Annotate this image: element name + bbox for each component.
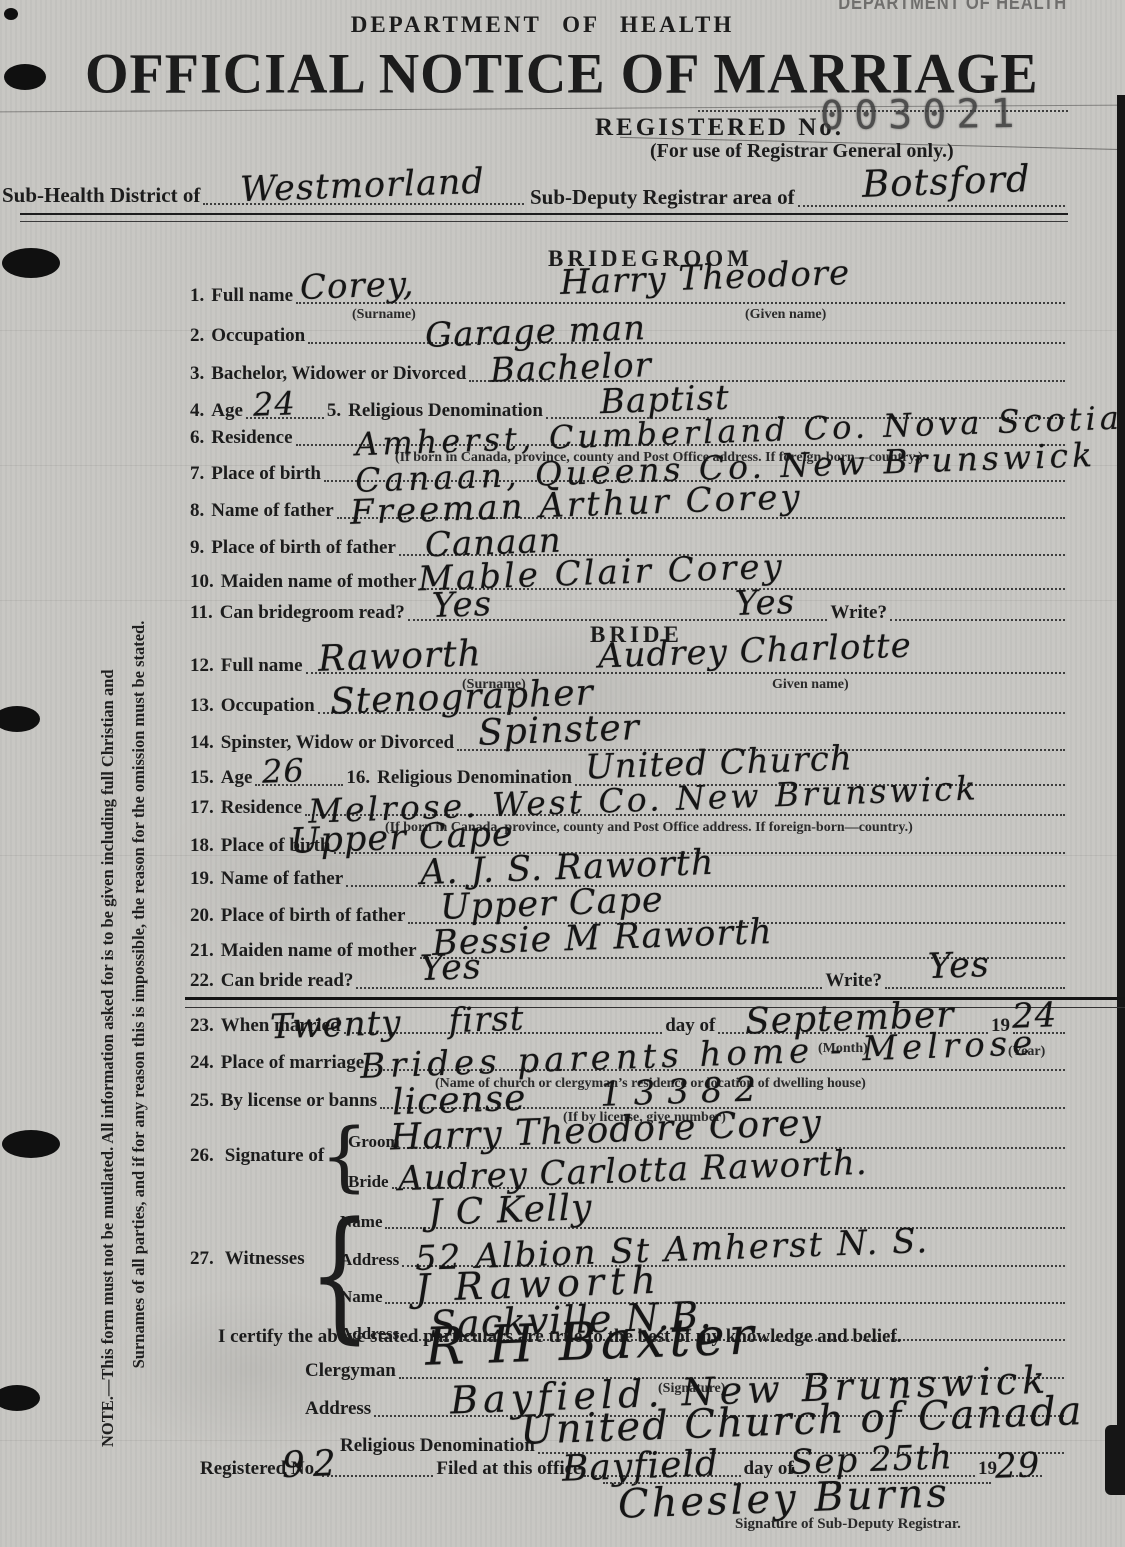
item-number: 13. <box>190 695 214 717</box>
bride-can-write-line <box>885 987 1065 989</box>
margin-note-line1: NOTE.—This form must not be mutilated. A… <box>92 542 123 1447</box>
item-number: 25. <box>190 1090 214 1112</box>
item-number: 21. <box>190 940 214 962</box>
punch-hole <box>2 248 60 278</box>
witness1-name-value: J C Kelly <box>427 1187 593 1234</box>
item-number: 23. <box>190 1015 214 1037</box>
item-number: 22. <box>190 970 214 992</box>
groom-occupation-label: Occupation <box>211 325 305 347</box>
groom-write-label: Write? <box>830 602 887 624</box>
item-number: 16. <box>346 767 370 789</box>
item-number: 19. <box>190 868 214 890</box>
sub-deputy-area-value: Botsford <box>861 157 1031 206</box>
filed-at-office-label: Filed at this office <box>436 1458 581 1480</box>
sub-health-district-label: Sub-Health District of <box>2 183 200 208</box>
item-number: 8. <box>190 500 204 522</box>
scan-edge-blob <box>1105 1425 1125 1495</box>
margin-note: NOTE.—This form must not be mutilated. A… <box>92 542 155 1447</box>
item-number: 3. <box>190 363 204 385</box>
registrar-only-note: (For use of Registrar General only.) <box>650 140 954 163</box>
bride-write-label: Write? <box>825 970 882 992</box>
item-number: 9. <box>190 537 204 559</box>
filing-year-value: 29 <box>994 1445 1041 1487</box>
bride-signature-label: Bride <box>348 1172 389 1192</box>
item-number: 7. <box>190 463 204 485</box>
bride-father-label: Name of father <box>221 868 343 890</box>
bride-status-label: Spinster, Widow or Divorced <box>221 732 454 754</box>
punch-hole <box>4 64 46 90</box>
groom-can-read-label: Can bridegroom read? <box>220 602 405 624</box>
item-number: 26. <box>190 1145 214 1166</box>
filing-registered-no-value: 92 <box>281 1443 344 1486</box>
punch-hole <box>0 1385 40 1411</box>
registered-no-label: REGISTERED No. <box>595 114 844 142</box>
margin-note-line2: Surnames of all parties, and if for any … <box>123 542 154 1447</box>
witness2-name-label: Name <box>340 1287 382 1307</box>
bride-full-name-label: Full name <box>221 655 303 677</box>
sub-deputy-area-line <box>798 205 1065 207</box>
groom-can-write-line <box>890 619 1065 621</box>
clergyman-signature-value: R H Baxter <box>424 1306 759 1378</box>
groom-can-write-value: Yes <box>734 582 795 624</box>
signature-of-label: Signature of <box>225 1145 324 1166</box>
clergyman-label: Clergyman <box>305 1360 396 1382</box>
item-number: 18. <box>190 835 214 857</box>
place-of-marriage-label: Place of marriage <box>221 1052 364 1074</box>
scan-edge-strip <box>1117 95 1125 1495</box>
item-number: 11. <box>190 602 213 624</box>
groom-occupation-line <box>308 342 1065 344</box>
witnesses-label: Witnesses <box>225 1248 305 1269</box>
license-or-banns-label: By license or banns <box>221 1090 377 1112</box>
header-double-rule <box>20 213 1068 222</box>
bride-age-label: Age <box>221 767 253 789</box>
registrar-signature-note: Signature of Sub-Deputy Registrar. <box>735 1516 961 1533</box>
item-number: 2. <box>190 325 204 347</box>
groom-residence-label: Residence <box>211 427 292 449</box>
bride-can-read-label: Can bride read? <box>221 970 354 992</box>
item-number: 15. <box>190 767 214 789</box>
bride-residence-label: Residence <box>221 797 302 819</box>
bride-father-birthplace-label: Place of birth of father <box>221 905 406 927</box>
groom-birthplace-label: Place of birth <box>211 463 321 485</box>
department-heading: DEPARTMENT OF HEALTH <box>0 12 1085 38</box>
sub-deputy-area-label: Sub-Deputy Registrar area of <box>530 185 795 210</box>
groom-full-name-label: Full name <box>211 285 293 307</box>
bride-surname-value: Raworth <box>317 633 482 680</box>
marriage-notice-document: DEPARTMENT OF HEALTH DEPARTMENT OF HEALT… <box>0 0 1125 1547</box>
sub-health-district-value: Westmorland <box>239 162 485 211</box>
item-number: 20. <box>190 905 214 927</box>
groom-can-read-value: Yes <box>431 584 492 626</box>
bride-occupation-label: Occupation <box>221 695 315 717</box>
marriage-day-value: Twenty first <box>269 999 525 1048</box>
punch-hole <box>0 706 40 732</box>
groom-surname-value: Corey, <box>299 264 415 308</box>
bride-age-value: 26 <box>261 751 305 790</box>
groom-father-label: Name of father <box>211 500 333 522</box>
item-number: 27. <box>190 1248 214 1269</box>
groom-father-birthplace-label: Place of birth of father <box>211 537 396 559</box>
groom-status-label: Bachelor, Widower or Divorced <box>211 363 466 385</box>
bride-can-read-value: Yes <box>419 947 482 989</box>
item-number: 14. <box>190 732 214 754</box>
item-number: 1. <box>190 285 204 307</box>
groom-mother-label: Maiden name of mother <box>221 571 417 593</box>
punch-hole <box>2 1130 60 1158</box>
witness1-address-label: Address <box>340 1250 399 1270</box>
item-number: 6. <box>190 427 204 449</box>
item-number: 10. <box>190 571 214 593</box>
registered-no-stamp: 003021 <box>820 91 1025 139</box>
groom-age-value: 24 <box>252 384 296 423</box>
bride-mother-label: Maiden name of mother <box>221 940 417 962</box>
clergyman-address-label: Address <box>305 1398 371 1420</box>
witness1-name-label: Name <box>340 1212 382 1232</box>
bride-can-write-value: Yes <box>927 945 990 987</box>
item-number: 24. <box>190 1052 214 1074</box>
item-number: 17. <box>190 797 214 819</box>
item-number: 12. <box>190 655 214 677</box>
